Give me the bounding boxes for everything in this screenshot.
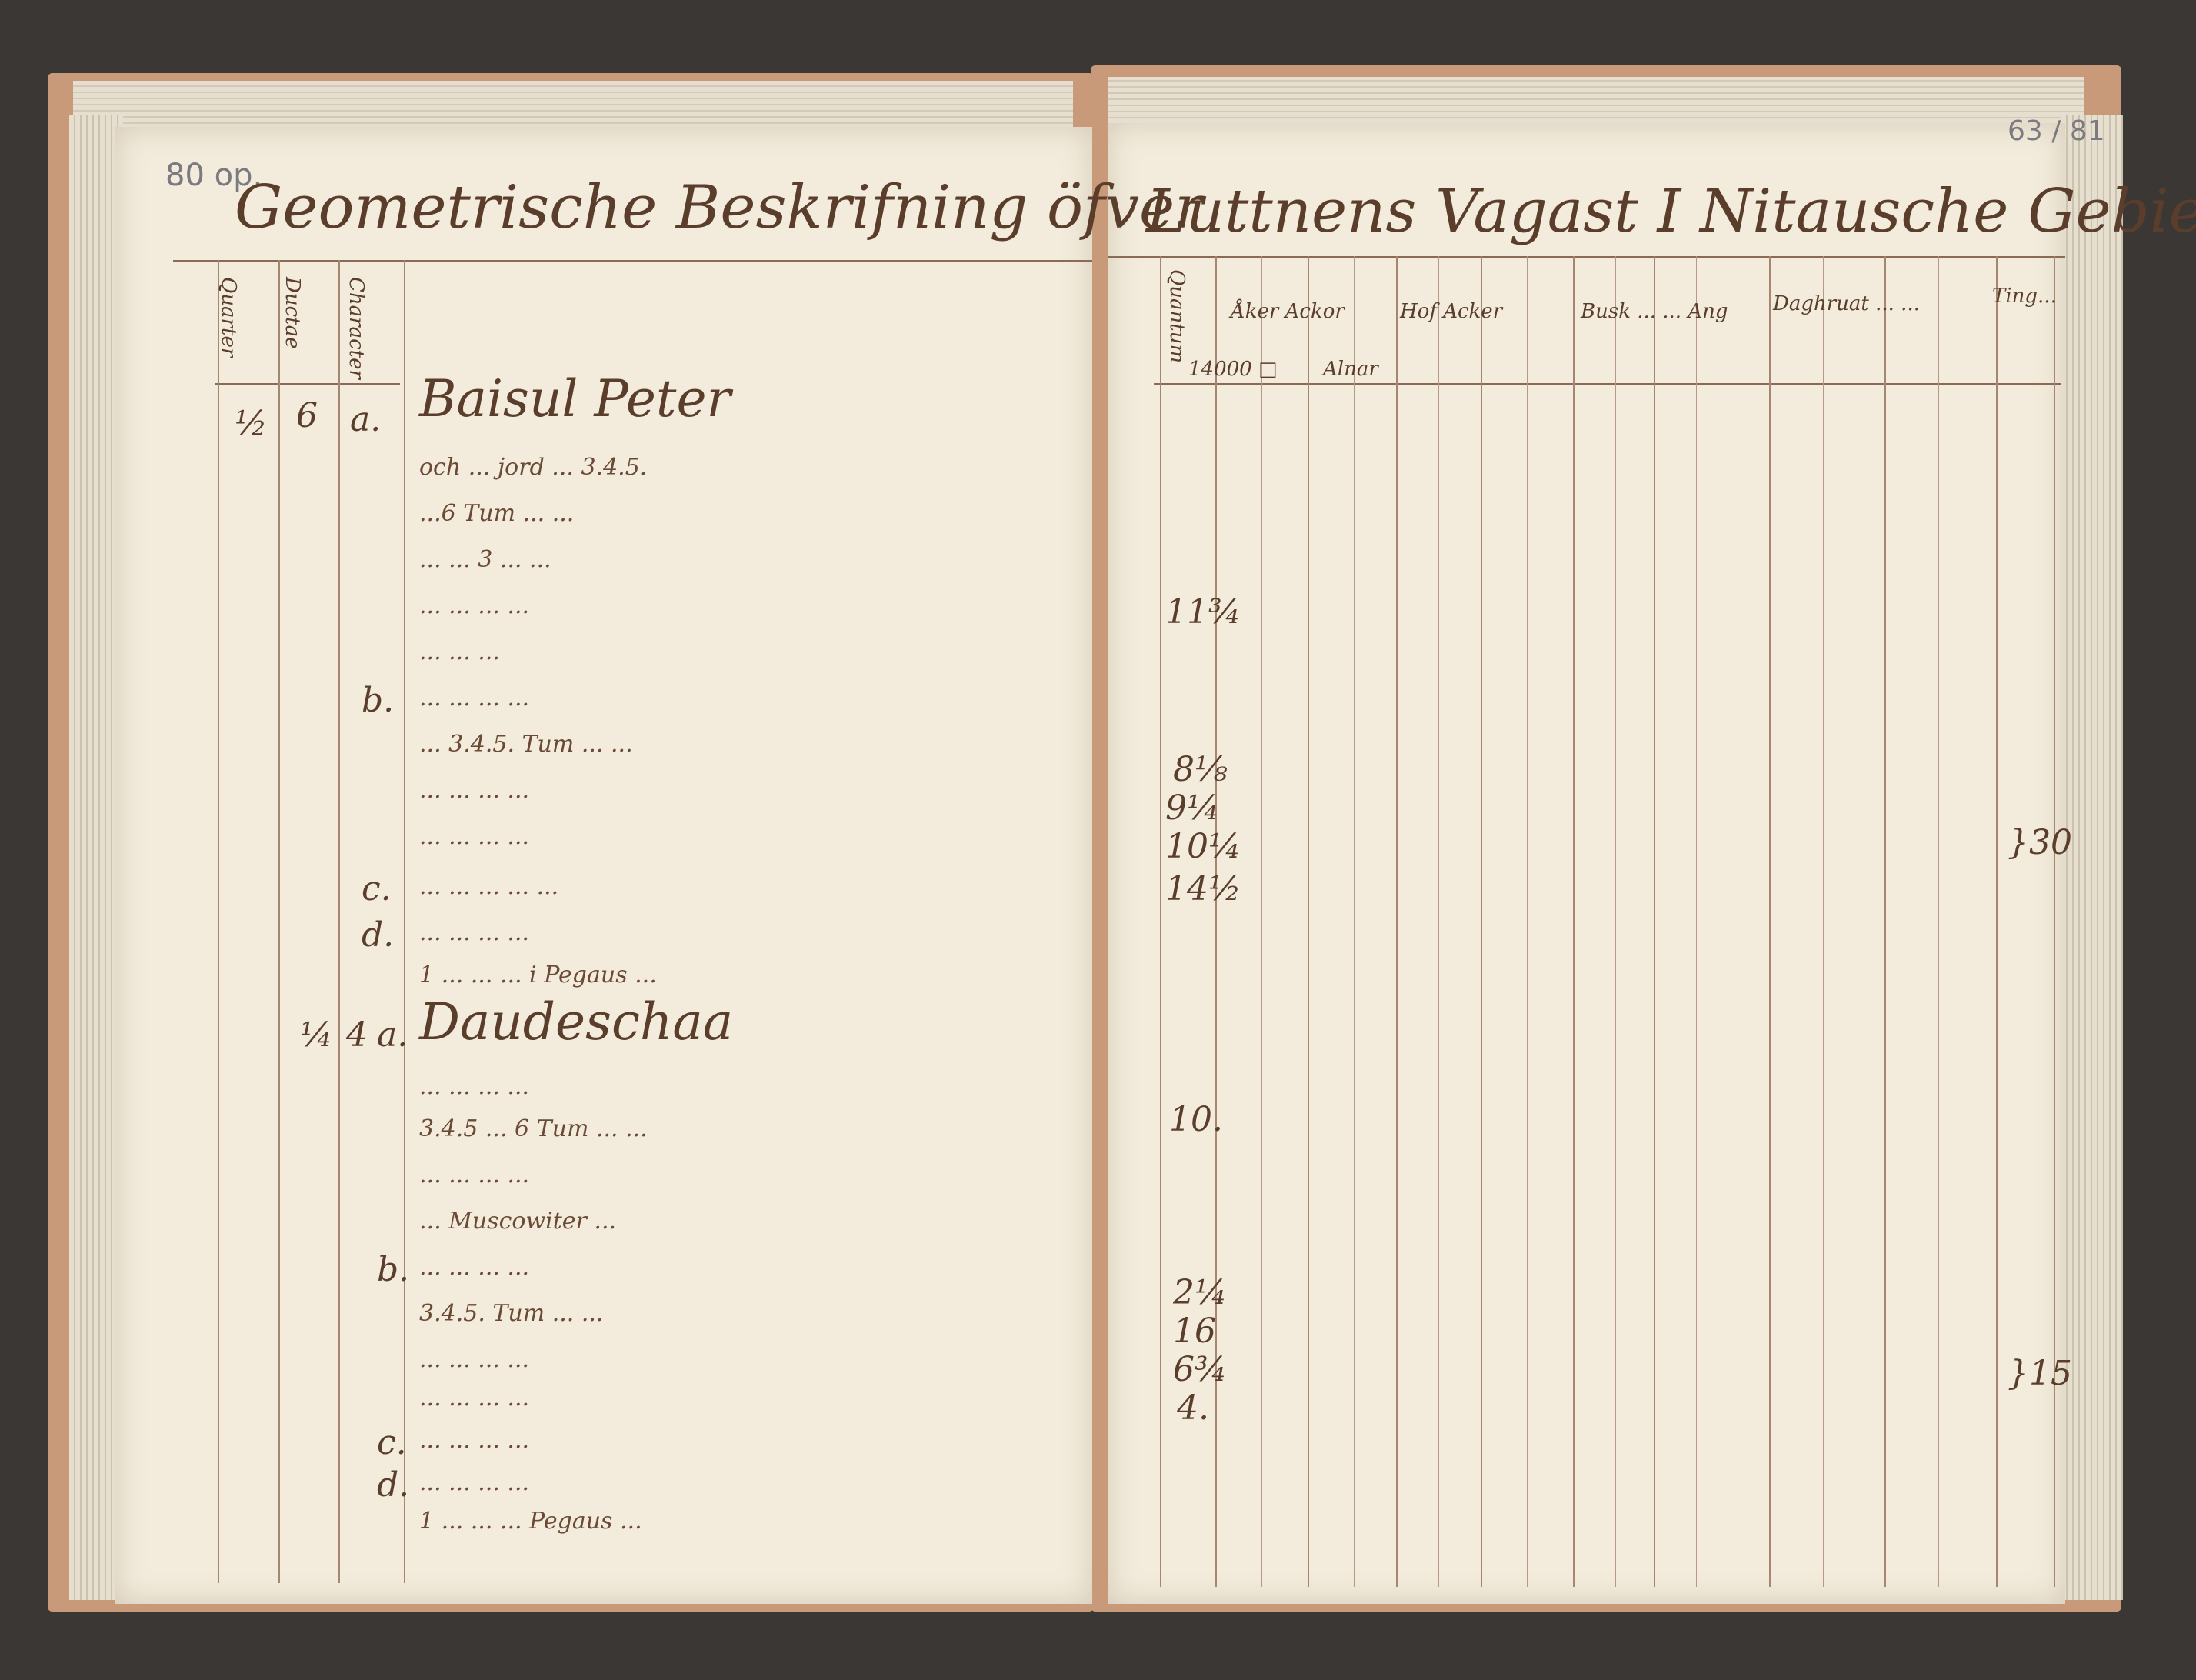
entry-line: ... ... ... ... — [419, 1254, 529, 1281]
right-col-rule — [1823, 256, 1824, 1587]
right-col-rule — [1308, 256, 1309, 1587]
right-col-rule — [1938, 256, 1939, 1587]
col-header-daghruat: Daghruat ... ... — [1773, 292, 1920, 315]
col-header-aker: Åker Ackor — [1231, 300, 1345, 323]
right-col-rule — [1438, 256, 1439, 1587]
entry-quarter: ½ — [235, 404, 268, 443]
entry-line: ... ... ... ... — [419, 823, 529, 850]
col-header-character: Character — [345, 277, 368, 379]
left-col-rule — [278, 260, 280, 1583]
entry-quarter: ¼ — [300, 1015, 333, 1055]
col-header-busk: Busk ... ... Ang — [1581, 300, 1728, 323]
bracket-total-value: 15 — [2029, 1354, 2072, 1393]
left-page-title: Geometrische Beskrifning öfver — [235, 173, 1203, 242]
bracket-total: }15 — [2008, 1354, 2072, 1393]
subheader-area: 14000 □ — [1188, 358, 1278, 381]
value: 16 — [1173, 1312, 1216, 1351]
col-header-hof: Hof Acker — [1400, 300, 1502, 323]
entry-letter: a. — [350, 400, 381, 439]
value: 2¼ — [1173, 1273, 1228, 1312]
entry-ductae: 6 — [296, 396, 318, 435]
left-header-rule — [173, 260, 1092, 262]
bracket-total-value: 30 — [2029, 823, 2072, 862]
entry-line: ... ... ... ... — [419, 685, 529, 712]
right-col-rule — [1527, 256, 1528, 1587]
right-col-rule — [1884, 256, 1886, 1587]
subheader-unit: Alnar — [1323, 358, 1378, 381]
right-col-rule — [1769, 256, 1771, 1587]
col-header-quarter: Quarter — [217, 277, 240, 357]
value: 4. — [1177, 1388, 1209, 1428]
entry-line: ...6 Tum ... ... — [419, 500, 574, 527]
entry-line: ... ... 3 ... ... — [419, 546, 551, 573]
value: 8⅛ — [1173, 750, 1228, 789]
right-col-rule — [1696, 256, 1697, 1587]
entry-letter: a. — [377, 1015, 408, 1055]
entry-line: ... Muscowiter ... — [419, 1208, 616, 1235]
entry-line: ... ... ... ... — [419, 1346, 529, 1373]
right-col-rule — [1481, 256, 1482, 1587]
right-page — [1108, 123, 2065, 1604]
entry-line: ... ... ... — [419, 638, 500, 665]
value: 10. — [1169, 1100, 1223, 1139]
value: 10¼ — [1165, 827, 1241, 866]
col-header-ductae: Ductae — [281, 277, 304, 349]
right-col-rule — [1996, 256, 1998, 1587]
right-col-rule — [1261, 256, 1262, 1587]
entry-line: ... ... ... ... ... — [419, 873, 558, 900]
left-col-rule — [338, 260, 340, 1583]
bracket-total: }30 — [2008, 823, 2072, 862]
entry-name: Daudeschaa — [419, 992, 733, 1052]
entry-line: och ... jord ... 3.4.5. — [419, 454, 647, 481]
right-col-rule — [1160, 256, 1161, 1587]
right-col-rule — [1396, 256, 1398, 1587]
right-col-rule — [1354, 256, 1355, 1587]
col-header-ting: Ting... — [1992, 285, 2057, 308]
left-subheader-rule — [215, 383, 400, 385]
right-col-rule — [1573, 256, 1575, 1587]
value: 11¾ — [1165, 592, 1241, 632]
col-header-quantum: Quantum — [1165, 269, 1188, 363]
entry-letter: d. — [362, 915, 394, 955]
entry-ductae: 4 — [346, 1015, 368, 1055]
entry-letter: b. — [362, 681, 394, 720]
entry-line: ... ... ... ... — [419, 1073, 529, 1100]
entry-letter: b. — [377, 1250, 409, 1289]
entry-line: ... ... ... ... — [419, 1162, 529, 1188]
entry-line: ... ... ... ... — [419, 1385, 529, 1412]
right-page-edges — [1108, 77, 2084, 123]
entry-name: Baisul Peter — [419, 369, 731, 428]
right-col-rule — [1654, 256, 1655, 1587]
pencil-note-right: 63 / 81 — [2008, 115, 2105, 147]
entry-line: 1 ... ... ... i Pegaus ... — [419, 962, 657, 988]
right-col-rule — [1615, 256, 1616, 1587]
entry-line: 1 ... ... ... Pegaus ... — [419, 1508, 642, 1535]
entry-line: 3.4.5 ... 6 Tum ... ... — [419, 1115, 648, 1142]
entry-line: 3.4.5. Tum ... ... — [419, 1300, 603, 1327]
right-page-title: Luttnens Vagast I Nitausche Gebiet. — [1146, 177, 2196, 246]
entry-line: ... ... ... ... — [419, 1427, 529, 1454]
value: 6¾ — [1173, 1350, 1228, 1389]
entry-line: ... ... ... ... — [419, 919, 529, 946]
entry-line: ... ... ... ... — [419, 1469, 529, 1496]
entry-line: ... ... ... ... — [419, 777, 529, 804]
entry-letter: d. — [377, 1465, 409, 1505]
right-subheader-rule — [1154, 383, 2061, 385]
value: 9¼ — [1165, 788, 1220, 828]
value: 14½ — [1165, 869, 1241, 908]
left-page — [115, 127, 1092, 1604]
entry-line: ... 3.4.5. Tum ... ... — [419, 731, 633, 758]
right-header-rule — [1108, 256, 2065, 258]
entry-letter: c. — [377, 1423, 407, 1462]
left-col-rule — [404, 260, 405, 1583]
entry-letter: c. — [362, 869, 392, 908]
entry-line: ... ... ... ... — [419, 592, 529, 619]
left-col-rule — [218, 260, 219, 1583]
